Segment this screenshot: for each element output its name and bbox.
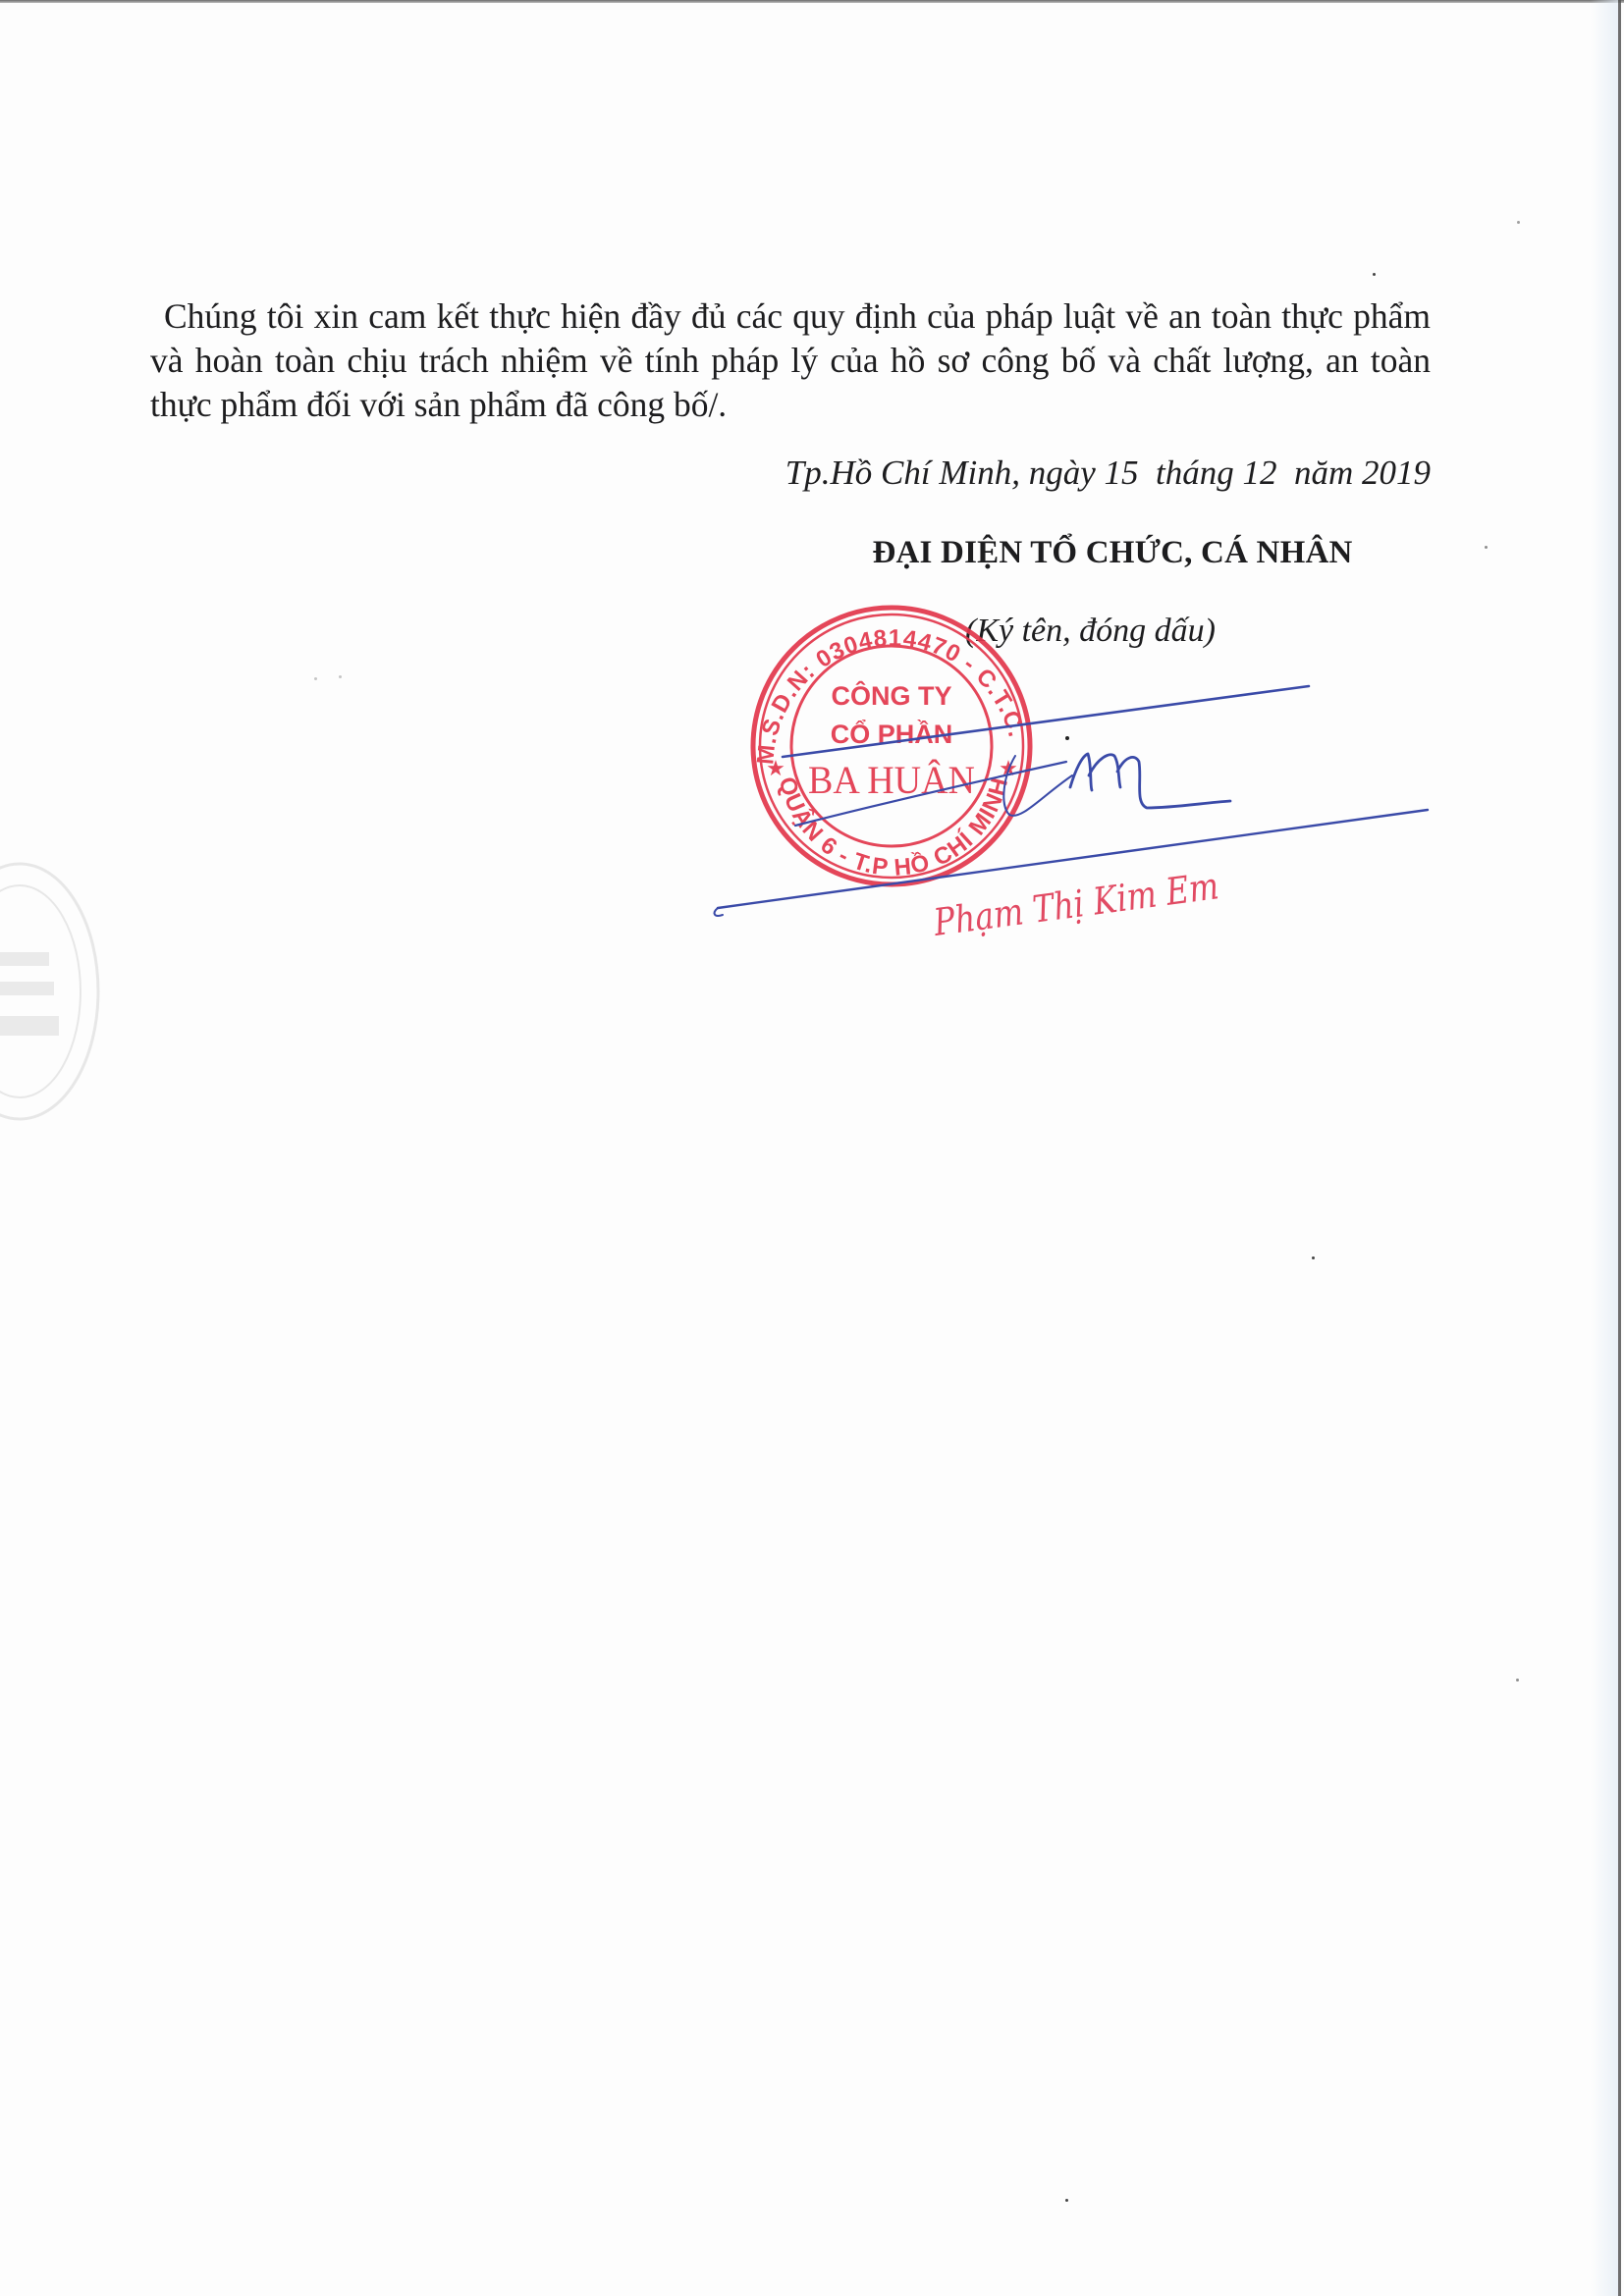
star-icon: ★	[766, 756, 785, 780]
stamp-center-line-1: CÔNG TY	[831, 680, 951, 711]
scan-speck	[314, 677, 317, 680]
stamp-and-signature: M.S.D.N: 0304814470 - C.T.C.P QUẬN 6 - T…	[0, 0, 1624, 2296]
scan-speck	[1516, 1679, 1519, 1682]
signer-name: Phạm Thị Kim Em	[931, 864, 1221, 944]
scan-speck	[339, 675, 342, 678]
stamp-center-line-3: BA HUÂN	[808, 758, 975, 802]
stamp-center-line-2: CỔ PHẦN	[831, 719, 953, 749]
stamp-ring-top: M.S.D.N: 0304814470 - C.T.C.P	[0, 0, 1030, 766]
scan-speck	[1312, 1256, 1315, 1259]
document-page: Chúng tôi xin cam kết thực hiện đầy đủ c…	[0, 0, 1624, 2296]
scan-speck	[1485, 546, 1488, 549]
scan-speck	[1065, 2199, 1068, 2202]
scan-speck	[1373, 273, 1376, 276]
company-stamp: M.S.D.N: 0304814470 - C.T.C.P QUẬN 6 - T…	[0, 0, 1030, 884]
scan-speck	[1517, 221, 1520, 224]
